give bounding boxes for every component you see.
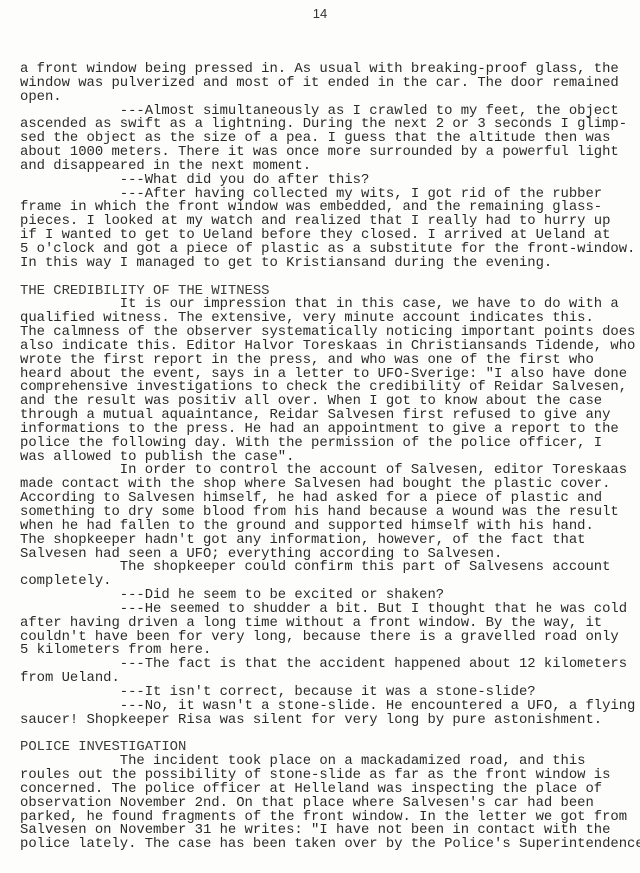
text-line: saucer! Shopkeeper Risa was silent for v…: [20, 714, 635, 728]
section-police-investigation: POLICE INVESTIGATION The incident took p…: [20, 741, 635, 852]
section-testimony: a front window being pressed in. As usua…: [20, 63, 635, 271]
document-body: a front window being pressed in. As usua…: [20, 63, 635, 852]
text-line: police lately. The case has been taken o…: [20, 838, 635, 852]
text-line: In this way I managed to get to Kristian…: [20, 257, 635, 271]
text-line: The shopkeeper could confirm this part o…: [20, 561, 635, 575]
section-credibility: THE CREDIBILITY OF THE WITNESS It is our…: [20, 285, 635, 728]
text-line: window was pulverized and most of it end…: [20, 77, 635, 91]
page-number: 14: [0, 6, 640, 21]
